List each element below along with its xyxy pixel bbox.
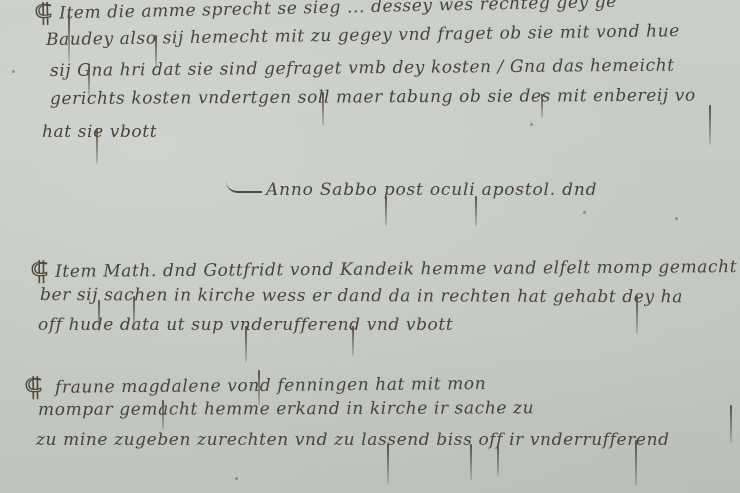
entry-2-line-1: ⸿Item Math. dnd Gottfridt vond Kandeik h… — [30, 247, 737, 288]
descender-stroke — [387, 444, 389, 484]
paper-speck — [235, 477, 238, 480]
entry-2-line-2: ber sij sachen in kirche wess er dand da… — [40, 285, 683, 307]
entry-1-line-3: sij Gna hri dat sie sind gefraget vmb de… — [50, 56, 675, 81]
descender-stroke — [352, 326, 354, 356]
descender-stroke — [709, 105, 711, 145]
descender-stroke — [133, 296, 135, 330]
descender-stroke — [98, 300, 100, 332]
descender-stroke — [636, 296, 638, 334]
descender-stroke — [385, 196, 387, 226]
descender-stroke — [68, 14, 70, 62]
paragraph-mark-icon: ⸿ — [30, 257, 49, 287]
flourish-icon — [226, 181, 262, 193]
paragraph-mark-icon: ⸿ — [34, 0, 54, 29]
descender-stroke — [162, 400, 164, 430]
paper-speck — [12, 70, 15, 73]
entry-3-line-1-rest: fraune magdalene vond fenningen hat mit … — [55, 374, 486, 398]
entry-1-line-5: hat sie vbott — [42, 122, 157, 142]
paragraph-mark-icon: ⸿ — [24, 373, 43, 403]
descender-stroke — [322, 92, 324, 126]
descender-stroke — [245, 326, 247, 362]
descender-stroke — [541, 94, 543, 118]
descender-stroke — [96, 128, 98, 164]
entry-3-line-2-rest: mompar gemacht hemme erkand in kirche ir… — [38, 398, 534, 420]
entry-3-line-3: zu mine zugeben zurechten vnd zu lassend… — [36, 430, 670, 450]
descender-stroke — [497, 444, 499, 476]
paper-speck — [675, 217, 678, 220]
manuscript-page: ⸿Item die amme sprecht se sieg ... desse… — [0, 0, 740, 493]
descender-stroke — [635, 440, 637, 486]
descender-stroke — [258, 370, 260, 406]
descender-stroke — [470, 444, 472, 480]
paper-speck — [530, 123, 533, 126]
entry-3-line-2: mompar gemacht hemme erkand in kirche ir… — [38, 398, 534, 420]
section-heading: Anno Sabbo post oculi apostol. dnd — [226, 180, 597, 200]
descender-stroke — [88, 66, 90, 96]
descender-stroke — [730, 405, 732, 443]
descender-stroke — [475, 196, 477, 226]
paper-speck — [583, 211, 586, 214]
entry-1-line-4: gerichts kosten vndertgen soll maer tabu… — [50, 86, 696, 109]
descender-stroke — [155, 35, 157, 69]
